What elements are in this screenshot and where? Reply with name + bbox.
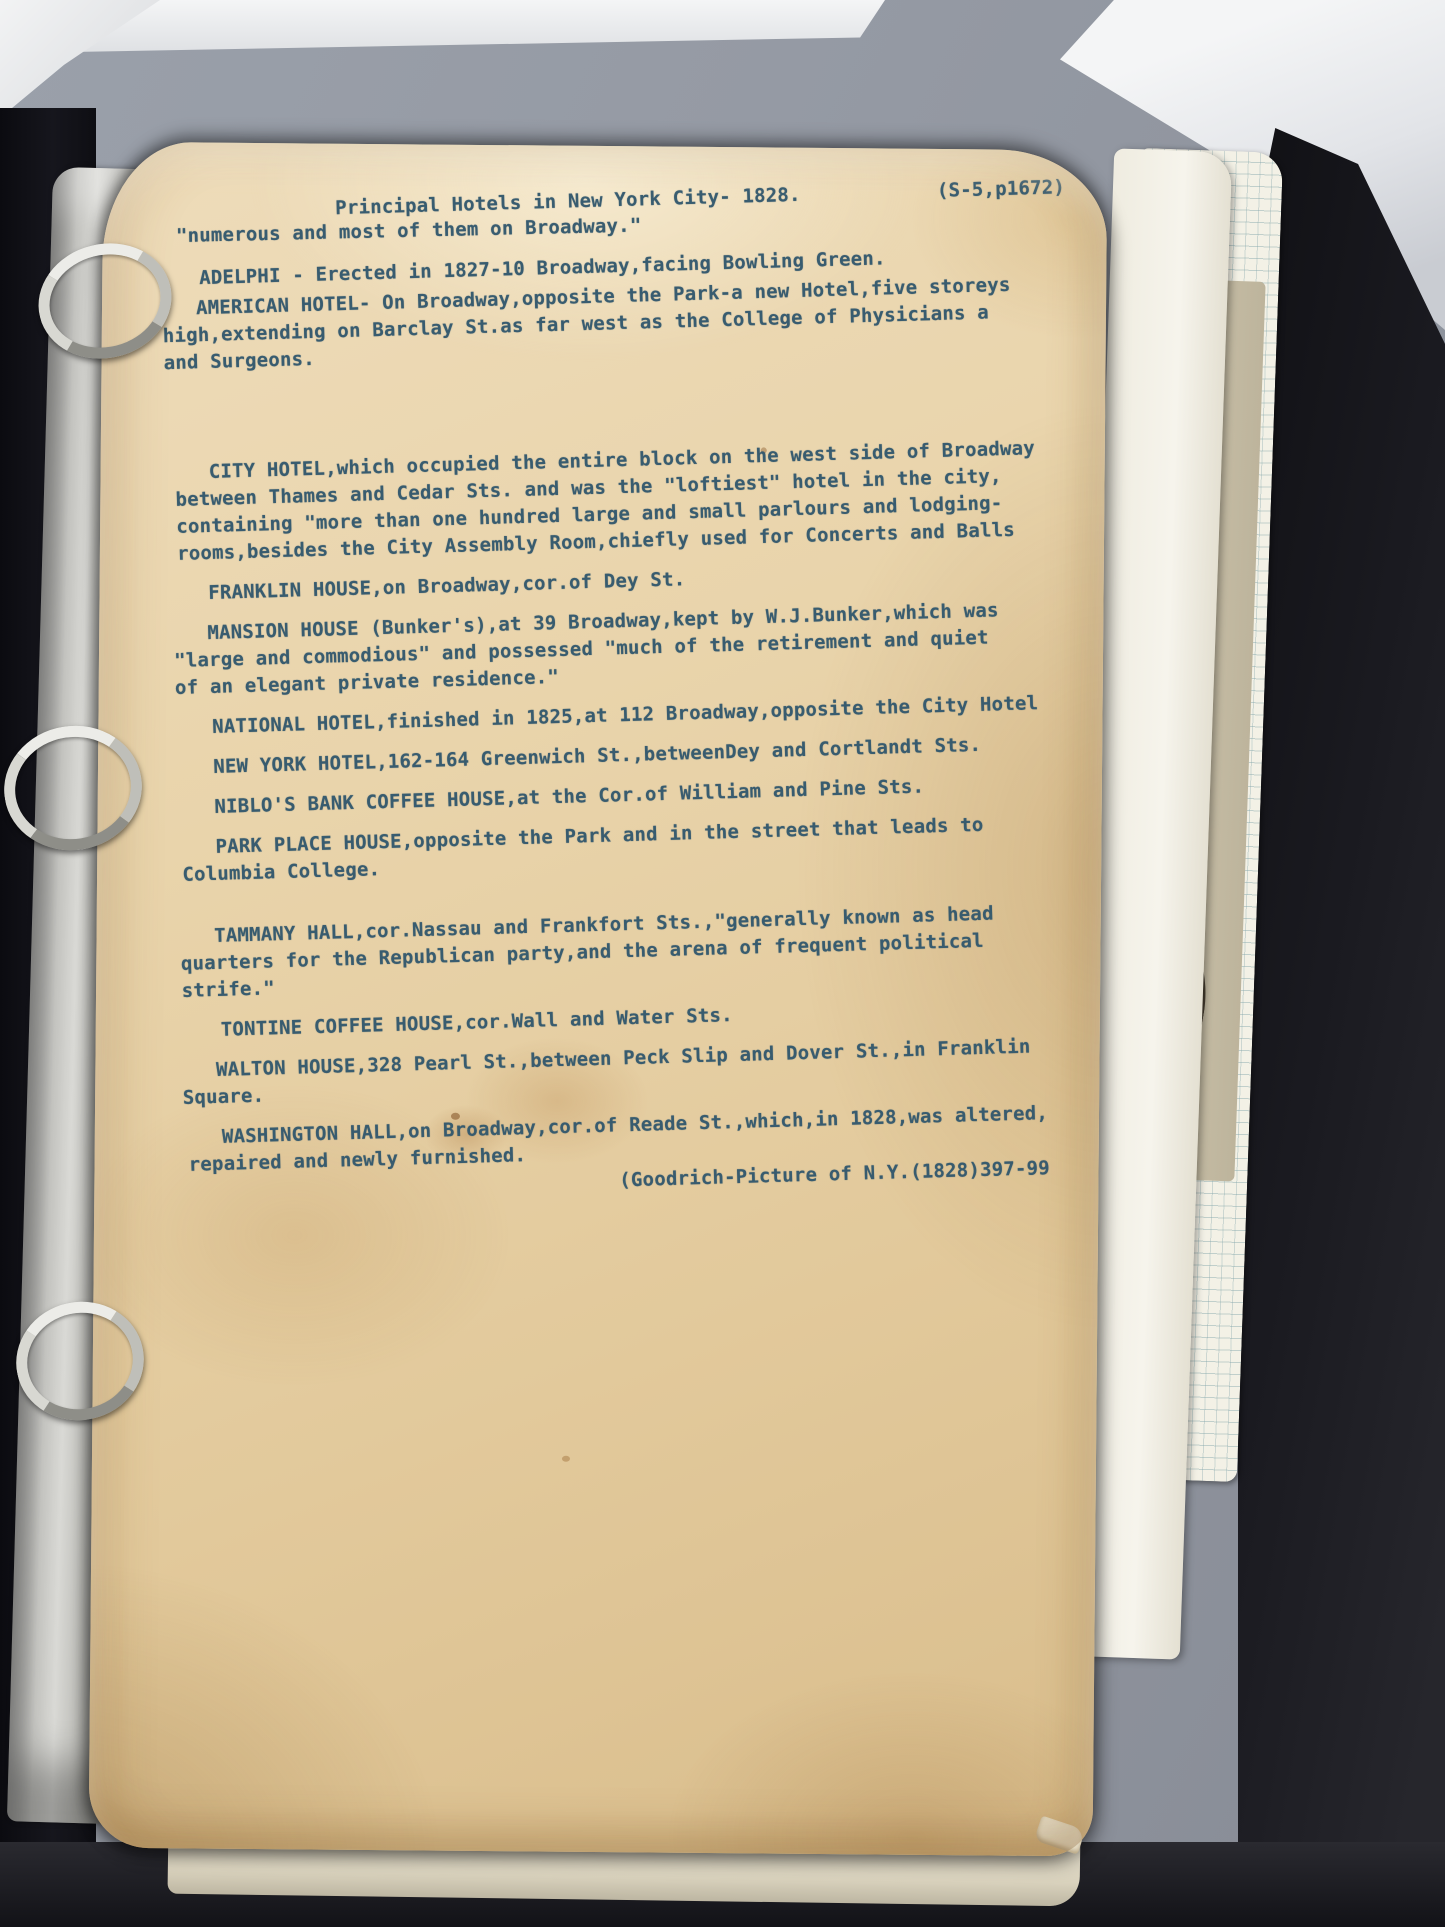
typewritten-line: and Surgeons.	[163, 324, 1073, 377]
typewritten-line: containing "more than one hundred large …	[176, 488, 1078, 541]
typewritten-line: NIBLO'S BANK COFFEE HOUSE,at the Cor.of …	[180, 769, 1086, 822]
typewritten-line: of an elegant private residence."	[175, 649, 1083, 702]
typewritten-line: WASHINGTON HALL,on Broadway,cor.of Reade…	[188, 1099, 1096, 1152]
typewritten-line: TONTINE COFFEE HOUSE,cor.Wall and Water …	[187, 992, 1093, 1045]
typewritten-line: rooms,besides the City Assembly Room,chi…	[177, 515, 1079, 568]
entry-niblos-bank-coffee-house: NIBLO'S BANK COFFEE HOUSE,at the Cor.of …	[180, 769, 1086, 822]
entry-mansion-house: MANSION HOUSE (Bunker's),at 39 Broadway,…	[173, 595, 1083, 702]
typewritten-line: MANSION HOUSE (Bunker's),at 39 Broadway,…	[173, 595, 1081, 648]
typewritten-line: Square.	[182, 1059, 1094, 1112]
typewritten-line: ADELPHI - Erected in 1827-10 Broadway,fa…	[165, 240, 1071, 293]
typewritten-line: NATIONAL HOTEL,finished in 1825,at 112 B…	[178, 689, 1084, 742]
paper-stain-speck	[761, 447, 767, 453]
source-citation: (Goodrich-Picture of N.Y.(1828)397-99	[619, 1154, 1098, 1195]
typewritten-line: repaired and newly furnished.	[188, 1126, 1096, 1179]
entry-park-place-house: PARK PLACE HOUSE,opposite the Park and i…	[181, 809, 1088, 889]
typewritten-line: FRANKLIN HOUSE,on Broadway,cor.of Dey St…	[174, 555, 1080, 608]
page-tear-notch	[1034, 1815, 1086, 1854]
page-title: Principal Hotels in New York City- 1828.	[335, 182, 801, 222]
reference-code: (S-5,p1672)	[937, 174, 1066, 205]
entry-adelphi: ADELPHI - Erected in 1827-10 Broadway,fa…	[165, 240, 1071, 293]
entry-national-hotel: NATIONAL HOTEL,finished in 1825,at 112 B…	[178, 689, 1084, 742]
typewritten-text-block: Principal Hotels in New York City- 1828.…	[163, 174, 1098, 1207]
paper-stain-speck	[451, 1113, 460, 1120]
typewritten-line: "numerous and most of them on Broadway."	[176, 203, 1070, 250]
typewritten-line: "large and commodious" and possessed "mu…	[174, 622, 1082, 675]
entry-franklin-house: FRANKLIN HOUSE,on Broadway,cor.of Dey St…	[174, 555, 1080, 608]
entry-american-hotel: AMERICAN HOTEL- On Broadway,opposite the…	[162, 270, 1074, 377]
entry-tontine-coffee-house: TONTINE COFFEE HOUSE,cor.Wall and Water …	[187, 992, 1093, 1045]
entry-city-hotel: CITY HOTEL,which occupied the entire blo…	[174, 434, 1079, 568]
paper-stain-speck	[562, 1456, 570, 1462]
document-page: Principal Hotels in New York City- 1828.…	[89, 142, 1108, 1857]
typewritten-line: CITY HOTEL,which occupied the entire blo…	[174, 434, 1076, 487]
typewritten-line: PARK PLACE HOUSE,opposite the Park and i…	[181, 809, 1087, 862]
entry-walton-house: WALTON HOUSE,328 Pearl St.,between Peck …	[182, 1032, 1095, 1112]
typewritten-line: high,extending on Barclay St.as far west…	[162, 297, 1072, 350]
photo-scene: Principal Hotels in New York City- 1828.…	[0, 0, 1445, 1927]
typewritten-line: AMERICAN HOTEL- On Broadway,opposite the…	[162, 270, 1072, 323]
typewritten-line: strife."	[181, 952, 1091, 1005]
intro-quote: "numerous and most of them on Broadway."	[176, 203, 1070, 250]
entry-new-york-hotel: NEW YORK HOTEL,162-164 Greenwich St.,bet…	[179, 729, 1085, 782]
typewritten-line: TAMMANY HALL,cor.Nassau and Frankfort St…	[180, 898, 1090, 951]
entry-washington-hall: WASHINGTON HALL,on Broadway,cor.of Reade…	[188, 1099, 1097, 1179]
typewritten-line: Columbia College.	[182, 836, 1088, 889]
typewritten-line: quarters for the Republican party,and th…	[181, 925, 1091, 978]
typewritten-line: WALTON HOUSE,328 Pearl St.,between Peck …	[182, 1032, 1094, 1085]
title-row: Principal Hotels in New York City- 1828.…	[163, 174, 1069, 227]
background-cloth-top	[55, 0, 885, 52]
entry-tammany-hall: TAMMANY HALL,cor.Nassau and Frankfort St…	[180, 898, 1092, 1005]
typewritten-line: between Thames and Cedar Sts. and was th…	[175, 461, 1077, 514]
typewritten-line: NEW YORK HOTEL,162-164 Greenwich St.,bet…	[179, 729, 1085, 782]
